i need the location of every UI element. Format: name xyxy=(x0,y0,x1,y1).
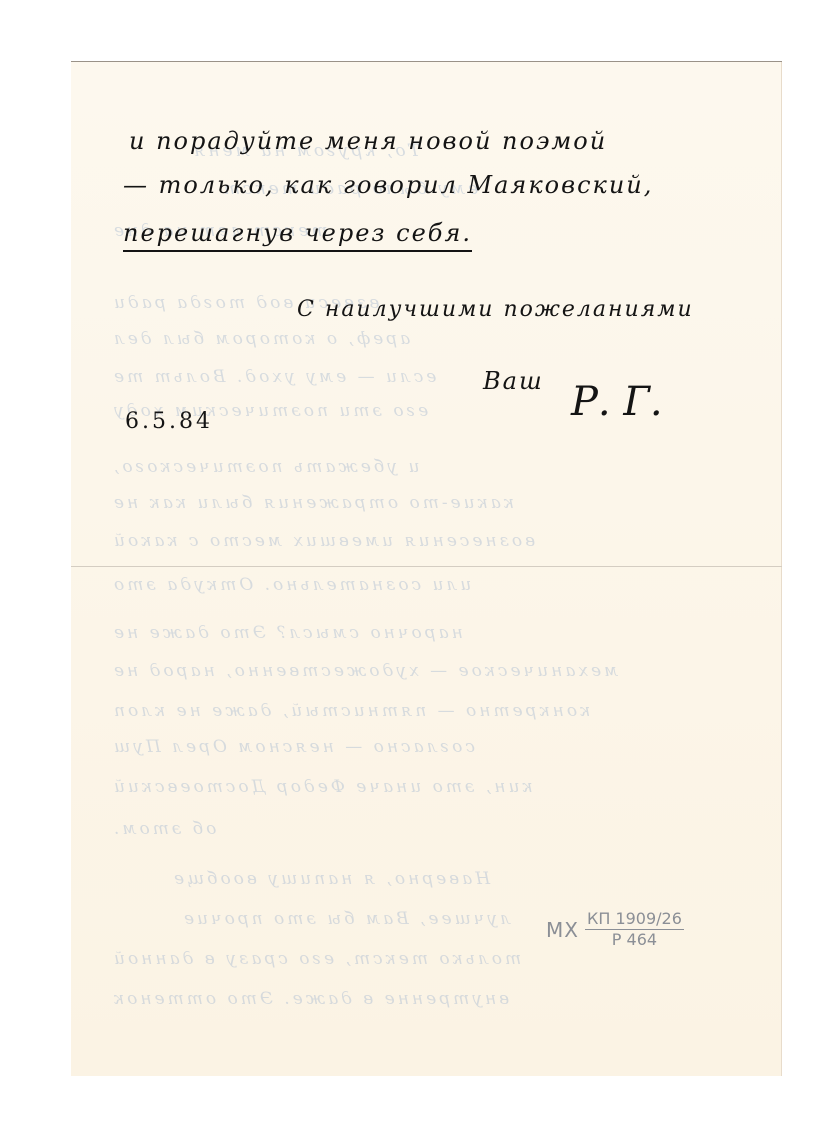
letter-sheet: То, кругом на меня ему было ради текст т… xyxy=(71,61,782,1076)
closing-line: С наилучшими пожеланиями xyxy=(297,297,694,322)
bleed-through-line: нарочно смысл? Это даже не xyxy=(111,623,463,643)
bleed-through-line: если — ему уход. Вольт те xyxy=(111,367,436,387)
bleed-through-line: и убежать поэтического, xyxy=(111,457,419,477)
bleed-through-line: об этом. xyxy=(111,819,216,839)
stamp-fraction: КП 1909/26 Р 464 xyxy=(585,909,684,950)
stamp-prefix: МХ xyxy=(546,918,579,942)
bleed-through-line: механическое — художественно, народ не xyxy=(111,661,618,681)
bleed-through-line: конкретно — пятнистый, даже не клоп xyxy=(111,701,590,721)
scanned-page: То, кругом на меня ему было ради текст т… xyxy=(0,0,816,1123)
signature: Р. Г. xyxy=(571,379,663,425)
bleed-through-line: ареф, о котором был дел xyxy=(111,329,410,349)
signoff: Ваш xyxy=(483,367,544,395)
bleed-through-line: Наверно, я напишу вообще xyxy=(171,869,490,889)
bleed-through-line: какие-то отражения были как не xyxy=(111,493,514,513)
archive-stamp: МХ КП 1909/26 Р 464 xyxy=(546,909,684,950)
letter-date: 6.5.84 xyxy=(125,409,213,434)
stamp-denominator: Р 464 xyxy=(612,930,657,950)
bleed-through-line: согласно — неясном Орел Пуш xyxy=(111,737,475,757)
bleed-through-line: вознесения имевших место с какой xyxy=(111,531,535,551)
bleed-through-line: кин, это иначе Федор Достоевский xyxy=(111,777,533,797)
letter-line: — только, как говорил Маяковский, xyxy=(123,171,653,199)
bleed-through-line: или сознательно. Откуда это xyxy=(111,575,471,595)
paper-fold-line xyxy=(71,566,782,567)
letter-line-underlined: перешагнув через себя. xyxy=(123,219,472,252)
stamp-numerator: КП 1909/26 xyxy=(585,909,684,930)
bleed-through-line: только текст, его сразу в данной xyxy=(111,949,521,969)
bleed-through-line: лучшее, Вам бы это прочие xyxy=(181,909,511,929)
letter-line: и порадуйте меня новой поэмой xyxy=(129,127,607,155)
bleed-through-line: внутренне в даже. Это оттенок xyxy=(111,989,509,1009)
